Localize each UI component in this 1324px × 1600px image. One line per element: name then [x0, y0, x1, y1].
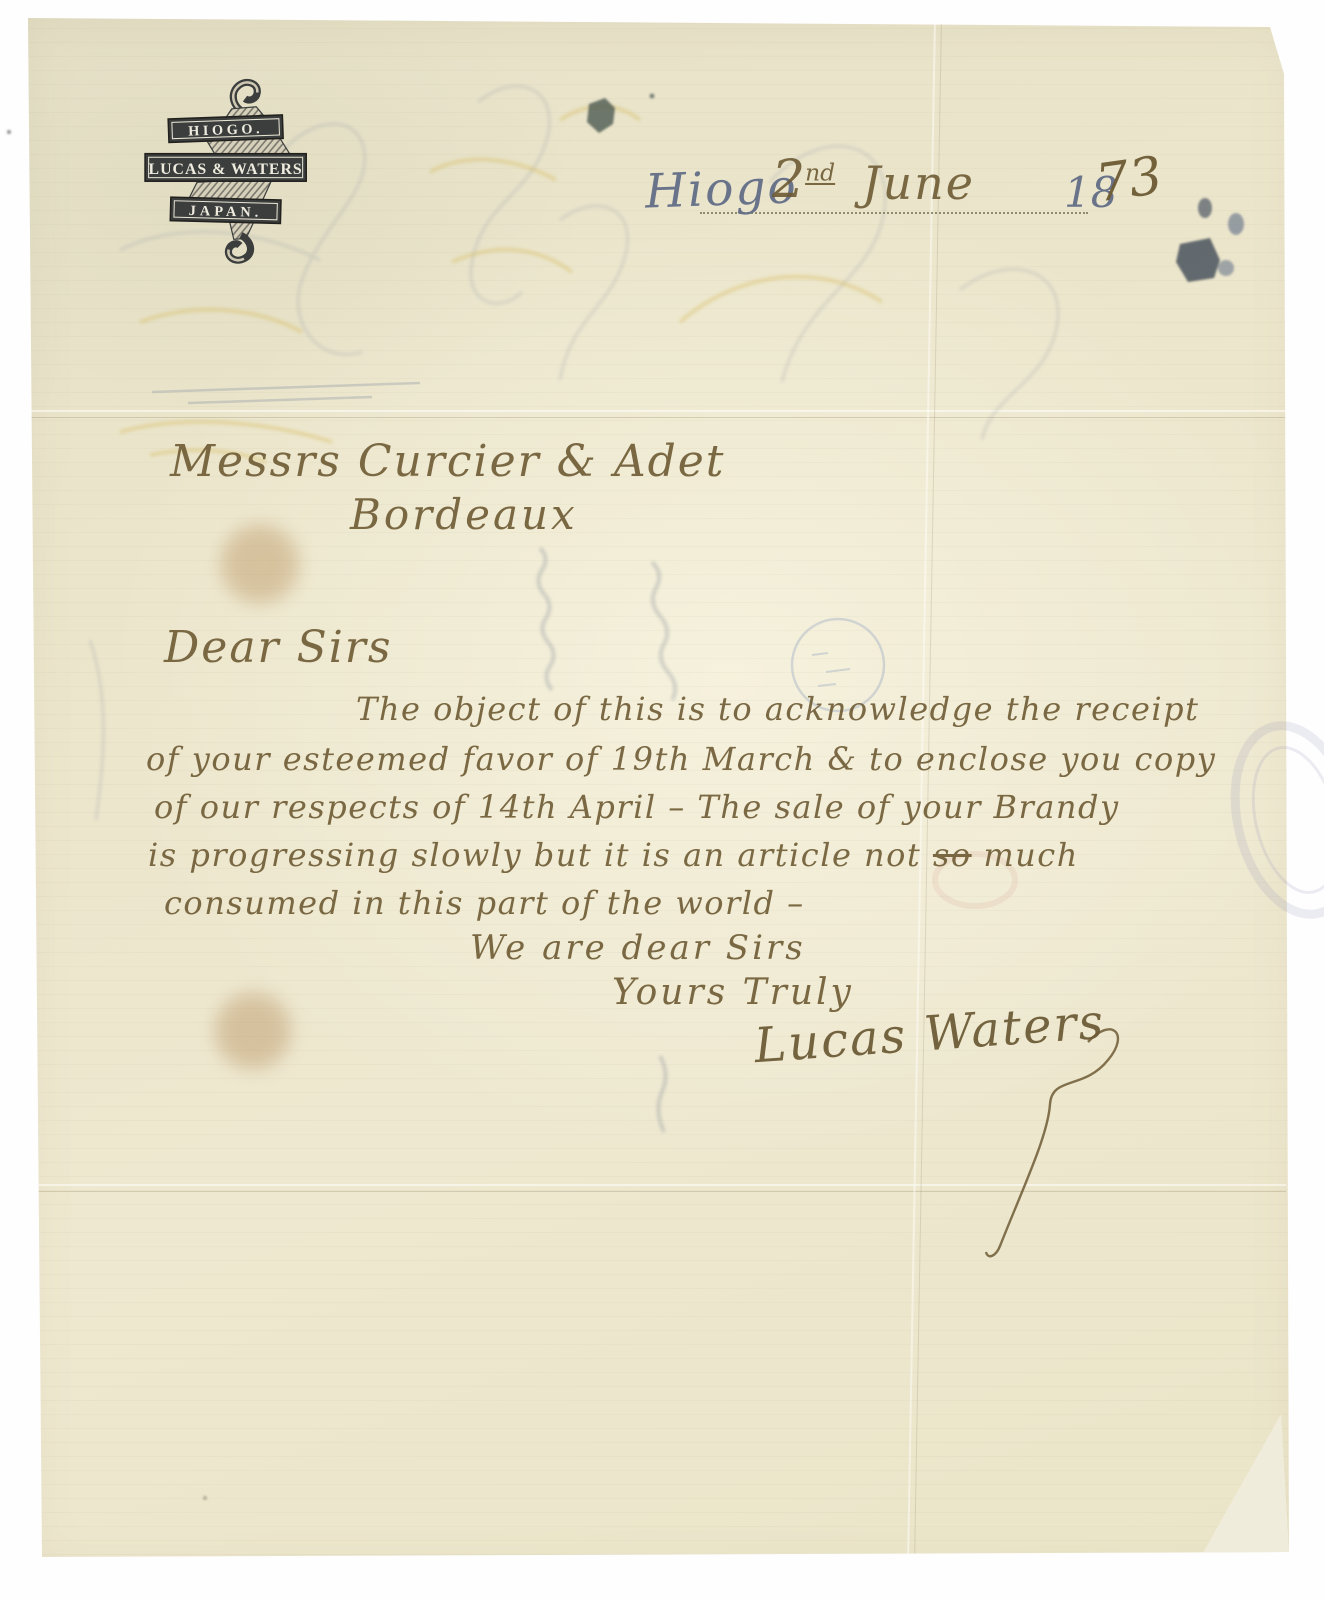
- fold-crease-horizontal-bottom: [28, 1184, 1286, 1192]
- body-line: The object of this is to acknowledge the…: [356, 690, 1199, 728]
- letterhead-band-bottom: JAPAN.: [170, 197, 281, 223]
- letterhead-emblem: HIOGO. LUCAS & WATERS JAPAN.: [142, 72, 346, 268]
- letterhead-city: HIOGO.: [188, 121, 263, 140]
- dateline-year-handwritten: 73: [1092, 146, 1166, 215]
- dateline-day-suffix: nd: [805, 159, 835, 187]
- body-line: of your esteemed favor of 19th March & t…: [146, 740, 1216, 778]
- body-line: consumed in this part of the world –: [164, 884, 805, 922]
- letterhead-country: JAPAN.: [189, 203, 263, 221]
- addressee-line1: Messrs Curcier & Adet: [170, 436, 725, 487]
- fold-crease-horizontal-top: [28, 410, 1286, 418]
- paper-stain: [208, 986, 298, 1076]
- closing-line1: We are dear Sirs: [470, 928, 806, 968]
- scanned-letter: HIOGO. LUCAS & WATERS JAPAN. Hiogo 2nd J…: [0, 0, 1324, 1600]
- struck-word: so: [933, 836, 972, 874]
- dateline-month: June: [862, 156, 975, 210]
- letterhead-company: LUCAS & WATERS: [149, 161, 303, 178]
- letterhead-band-top: HIOGO.: [168, 115, 283, 142]
- dateline-day: 2nd: [772, 150, 835, 210]
- closing-line2: Yours Truly: [612, 972, 854, 1013]
- body-line: of our respects of 14th April – The sale…: [154, 788, 1120, 826]
- addressee-line2: Bordeaux: [350, 490, 578, 539]
- paper-stain: [214, 518, 306, 610]
- salutation: Dear Sirs: [164, 622, 392, 673]
- body-line: is progressing slowly but it is an artic…: [148, 836, 1079, 874]
- letterhead-band-middle: LUCAS & WATERS: [145, 154, 306, 182]
